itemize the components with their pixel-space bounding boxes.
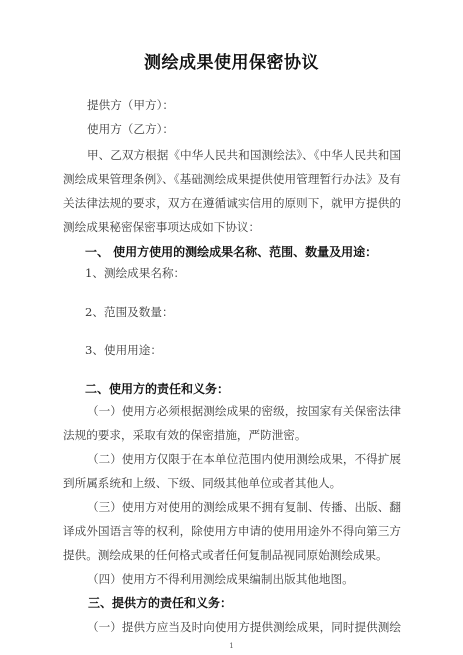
section2-line: 提供。测绘成果的任何格式或者任何复制品视同原始测绘成果。	[63, 548, 388, 562]
provider-party-line: 提供方（甲方）：	[87, 98, 174, 112]
section2-line: 到所属系统和上级、下级、同级其他单位或者其他人。	[63, 476, 341, 490]
page-number: 1	[0, 642, 463, 650]
user-party-line: 使用方（乙方）：	[87, 122, 174, 136]
section1-item-scope: 2、范围及数量：	[85, 305, 174, 319]
section1-heading: 一、 使用方使用的测绘成果名称、范围、数量及用途：	[85, 245, 377, 259]
section2-line: （四）使用方不得利用测绘成果编制出版其他地图。	[87, 572, 354, 586]
section2-line: （二）使用方仅限于在本单位范围内使用测绘成果，不得扩展	[87, 452, 401, 466]
section1-item-purpose: 3、使用用途：	[85, 343, 162, 357]
preamble-line: 测绘成果秘密保密事项达成如下协议：	[63, 220, 260, 234]
preamble-line: 测绘成果管理条例》、《基础测绘成果提供使用管理暂行办法》及有	[63, 172, 401, 186]
section2-line: 译成外国语言等的权利，除使用方申请的使用用途外不得向第三方	[63, 524, 401, 538]
section2-line: （三）使用方对使用的测绘成果不拥有复制、传播、出版、翻	[87, 500, 401, 514]
section3-line: （一）提供方应当及时向使用方提供测绘成果，同时提供测绘	[87, 620, 401, 634]
preamble-line: 甲、乙双方根据《中华人民共和国测绘法》、《中华人民共和国	[87, 148, 401, 162]
section3-heading: 三、提供方的责任和义务：	[88, 596, 232, 610]
section2-line: 法规的要求，采取有效的保密措施，严防泄密。	[63, 428, 306, 442]
section1-item-name: 1、测绘成果名称：	[85, 266, 185, 280]
section2-line: （一）使用方必须根据测绘成果的密级，按国家有关保密法律	[87, 404, 401, 418]
document-title: 测绘成果使用保密协议	[0, 48, 463, 73]
document-page: 测绘成果使用保密协议 提供方（甲方）： 使用方（乙方）： 甲、乙双方根据《中华人…	[0, 0, 463, 655]
section2-heading: 二、使用方的责任和义务：	[85, 382, 229, 396]
preamble-line: 关法律法规的要求，双方在遵循诚实信用的原则下，就甲方提供的	[63, 196, 401, 210]
